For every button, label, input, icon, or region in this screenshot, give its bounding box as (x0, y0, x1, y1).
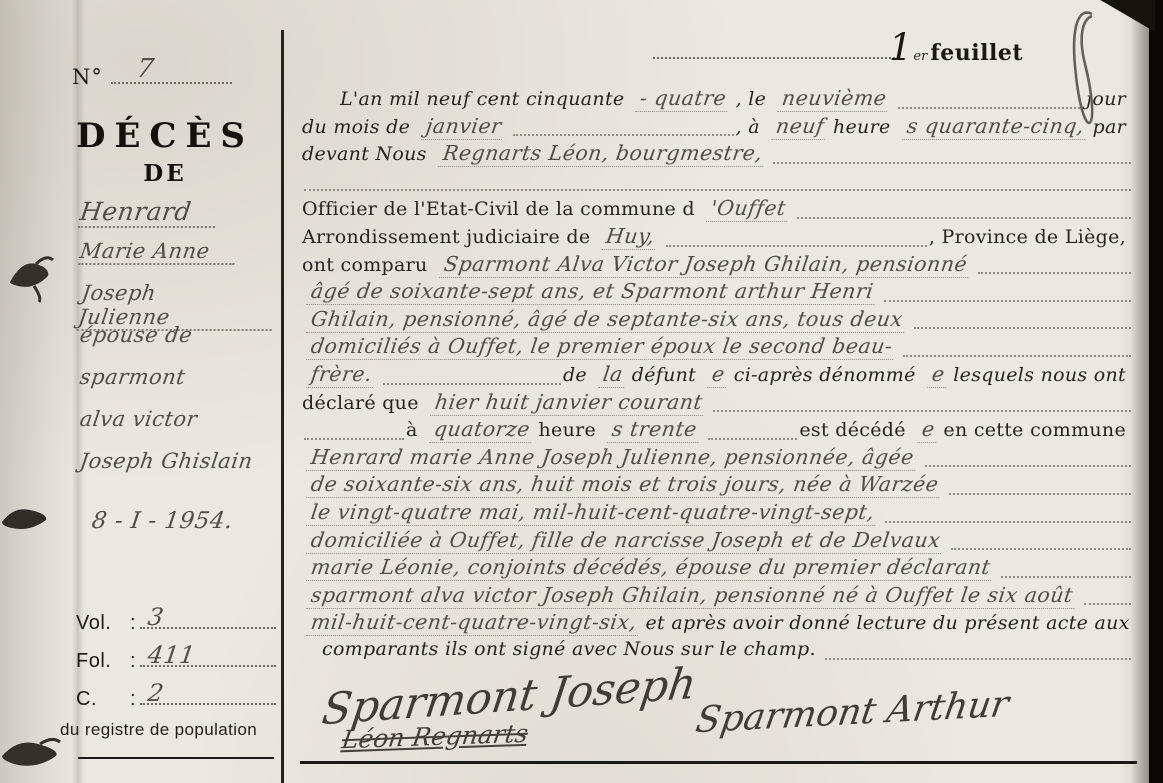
act-line: ont comparuSparmont Alva Victor Joseph G… (302, 252, 1133, 280)
registry-colon: : (130, 650, 136, 673)
handwritten-text: Henrard (78, 197, 219, 228)
act-line: Ghilain, pensionné, âgé de septante-six … (302, 307, 1133, 335)
dotted-rule (513, 132, 734, 136)
act-line: L'an mil neuf cent cinquante- quatre, le… (302, 86, 1133, 114)
act-line: àquatorzeheures trenteest décédéeen cett… (302, 417, 1133, 445)
act-lines: L'an mil neuf cent cinquante- quatre, le… (302, 86, 1133, 665)
signature: Sparmont Arthur (693, 684, 1012, 742)
deceased-name-line: alva victor (80, 407, 275, 449)
registry-value: 411 (146, 641, 197, 669)
registry-references: Vol.:3Fol.:411C.:2 (76, 603, 276, 717)
printed-text: heure (833, 116, 891, 138)
dotted-rule (903, 353, 1131, 357)
handwritten-text: âgé de soixante-sept ans, et Sparmont ar… (306, 279, 878, 305)
handwritten-text: de soixante-six ans, huit mois et trois … (306, 472, 943, 498)
deceased-name-lines: HenrardMarie AnneJoseph Julienneépouse d… (80, 197, 275, 491)
deceased-name-line: sparmont (80, 365, 275, 407)
dotted-rule (1001, 574, 1131, 578)
margin-column: N° 7 DÉCÈS DE HenrardMarie AnneJoseph Ju… (0, 0, 281, 783)
registry-row: Vol.:3 (76, 603, 276, 641)
handwritten-text: alva victor (78, 407, 199, 431)
dotted-rule (949, 491, 1131, 495)
registry-row: C.:2 (76, 679, 276, 717)
bottom-rule (300, 761, 1137, 764)
printed-text: de (563, 364, 587, 386)
binding-stitch (0, 500, 50, 540)
handwritten-text: sparmont alva victor Joseph Ghilain, pen… (306, 583, 1077, 609)
handwritten-text: hier huit janvier courant (430, 390, 707, 416)
act-line: déclaré quehier huit janvier courant (302, 390, 1133, 418)
printed-text: L'an mil neuf cent cinquante (340, 88, 624, 110)
handwritten-text: domiciliés à Ouffet, le premier époux le… (306, 334, 897, 360)
handwritten-text: 'Ouffet (706, 196, 790, 222)
dotted-rule (925, 463, 1131, 467)
printed-text: , le (736, 88, 767, 110)
printed-text: devant Nous (302, 143, 427, 165)
handwritten-text: - quatre (636, 86, 732, 112)
printed-text: du mois de (302, 116, 410, 138)
printed-text: Arrondissement judiciaire de (302, 226, 590, 248)
deceased-name-line: Marie Anne (80, 239, 275, 281)
dotted-rule (885, 519, 1131, 523)
handwritten-text: mil-huit-cent-quatre-vingt-six, (306, 610, 641, 636)
registry-label: C. (76, 688, 122, 711)
binding-stitch (6, 252, 54, 304)
handwritten-text: e (917, 417, 939, 443)
act-number-label: N° (72, 65, 103, 89)
act-number-value: 7 (135, 54, 156, 84)
printed-text: est décédé (799, 419, 905, 441)
handwritten-text: la (598, 362, 627, 388)
column-divider-rule (281, 30, 284, 783)
act-line: domiciliés à Ouffet, le premier époux le… (302, 334, 1133, 362)
handwritten-text: Huy, (602, 224, 660, 250)
feuillet-word: feuillet (930, 40, 1023, 66)
printed-text: , Province de Liège, (929, 226, 1126, 248)
handwritten-text: neuf (771, 114, 829, 140)
handwritten-text: sparmont (78, 365, 187, 389)
deceased-name-line: Henrard (80, 197, 275, 239)
handwritten-text: neuvième (777, 86, 891, 112)
de-subtitle: DE (50, 160, 280, 187)
printed-text: Officier de l'Etat-Civil de la commune d (302, 198, 695, 220)
dotted-rule (708, 436, 798, 440)
handwritten-text: Marie Anne (78, 239, 237, 265)
dotted-rule (653, 57, 899, 59)
deceased-name-line: Joseph Ghislain (80, 449, 275, 491)
registry-label: Fol. (76, 650, 122, 673)
dotted-rule: 411 (140, 641, 276, 667)
handwritten-text: e (707, 362, 729, 388)
act-number-rule: 7 (111, 60, 232, 84)
act-body: 1 er feuillet L'an mil neuf cent cinquan… (300, 0, 1145, 783)
dotted-rule: 3 (140, 603, 276, 629)
handwritten-text: domiciliée à Ouffet, fille de narcisse J… (306, 528, 945, 554)
margin-date: 8 - I - 1954. (90, 508, 235, 534)
registry-footer: du registre de population (60, 720, 257, 740)
act-line: âgé de soixante-sept ans, et Sparmont ar… (302, 279, 1133, 307)
dotted-rule (951, 546, 1131, 550)
printed-text: déclaré que (302, 392, 419, 414)
registry-label: Vol. (76, 612, 122, 635)
registry-value: 3 (146, 603, 166, 631)
dotted-rule (825, 656, 1131, 660)
act-line: devant NousRegnarts Léon, bourgmestre, (302, 141, 1133, 169)
deceased-name-line: Joseph Julienne (80, 281, 275, 323)
handwritten-text: e (927, 362, 949, 388)
act-line: Arrondissement judiciaire deHuy,, Provin… (302, 224, 1133, 252)
dotted-rule (978, 270, 1131, 274)
printed-text: ci-après dénommé (734, 364, 916, 386)
printed-text: lesquels nous ont (953, 364, 1126, 386)
act-line (302, 169, 1133, 197)
handwritten-text: épouse de (78, 323, 194, 347)
printed-text: à (406, 419, 418, 441)
handwritten-text: janvier (421, 114, 506, 140)
act-line: Officier de l'Etat-Civil de la commune d… (302, 196, 1133, 224)
printed-text: heure (539, 419, 597, 441)
margin-bottom-rule (78, 757, 274, 759)
handwritten-text: s trente (607, 417, 701, 443)
act-line: de soixante-six ans, huit mois et trois … (302, 472, 1133, 500)
page-edge-shadow (1131, 0, 1149, 783)
dotted-rule (304, 187, 1131, 191)
binding-stitch (0, 730, 62, 776)
printed-text: comparants ils ont signé avec Nous sur l… (322, 638, 816, 660)
dotted-rule (1084, 601, 1131, 605)
scanned-death-certificate: N° 7 DÉCÈS DE HenrardMarie AnneJoseph Ju… (0, 0, 1163, 783)
handwritten-text: marie Léonie, conjoints décédés, épouse … (306, 555, 995, 581)
registry-colon: : (130, 688, 136, 711)
dotted-rule (797, 215, 1131, 219)
dotted-rule (666, 243, 927, 247)
act-line: le vingt-quatre mai, mil-huit-cent-quatr… (302, 500, 1133, 528)
feuillet-ordinal: er (913, 49, 927, 64)
act-line: Henrard marie Anne Joseph Julienne, pens… (302, 445, 1133, 473)
dotted-rule (884, 298, 1131, 302)
dotted-rule: 2 (140, 679, 276, 705)
handwritten-text: Ghilain, pensionné, âgé de septante-six … (306, 307, 907, 333)
act-number-row: N° 7 (72, 60, 232, 89)
handwritten-text: Regnarts Léon, bourgmestre, (438, 141, 767, 167)
printed-text: ont comparu (302, 254, 428, 276)
dotted-rule (773, 160, 1131, 164)
registry-colon: : (130, 612, 136, 635)
printed-text: , à (736, 116, 760, 138)
handwritten-text: Joseph Ghislain (78, 449, 254, 473)
dotted-rule (713, 408, 1131, 412)
deces-title: DÉCÈS (50, 116, 280, 156)
act-line: sparmont alva victor Joseph Ghilain, pen… (302, 583, 1133, 611)
feuillet-header: 1 er feuillet (653, 40, 1023, 66)
pen-flourish-mark (1048, 4, 1104, 136)
dotted-rule (383, 381, 561, 385)
handwritten-text: Sparmont Alva Victor Joseph Ghilain, pen… (439, 252, 972, 278)
scan-edge-black-band (1149, 0, 1163, 783)
act-line: comparants ils ont signé avec Nous sur l… (302, 638, 1133, 666)
dotted-rule (304, 436, 404, 440)
dotted-rule (914, 325, 1131, 329)
registry-value: 2 (146, 679, 166, 707)
registry-row: Fol.:411 (76, 641, 276, 679)
act-line: du mois dejanvier, àneufheures quarante-… (302, 114, 1133, 142)
handwritten-text: quatorze (429, 417, 535, 443)
act-line: mil-huit-cent-quatre-vingt-six,et après … (302, 610, 1133, 638)
handwritten-text: Henrard marie Anne Joseph Julienne, pens… (306, 445, 918, 471)
act-line: frère.deladéfunteci-après dénomméelesque… (302, 362, 1133, 390)
printed-text: défunt (632, 364, 696, 386)
signature: Léon Regnarts (340, 719, 530, 755)
act-line: domiciliée à Ouffet, fille de narcisse J… (302, 528, 1133, 556)
handwritten-text: le vingt-quatre mai, mil-huit-cent-quatr… (306, 500, 879, 526)
printed-text: en cette commune (943, 419, 1126, 441)
handwritten-text: frère. (306, 362, 377, 388)
printed-text: et après avoir donné lecture du présent … (646, 612, 1130, 634)
act-line: marie Léonie, conjoints décédés, épouse … (302, 555, 1133, 583)
